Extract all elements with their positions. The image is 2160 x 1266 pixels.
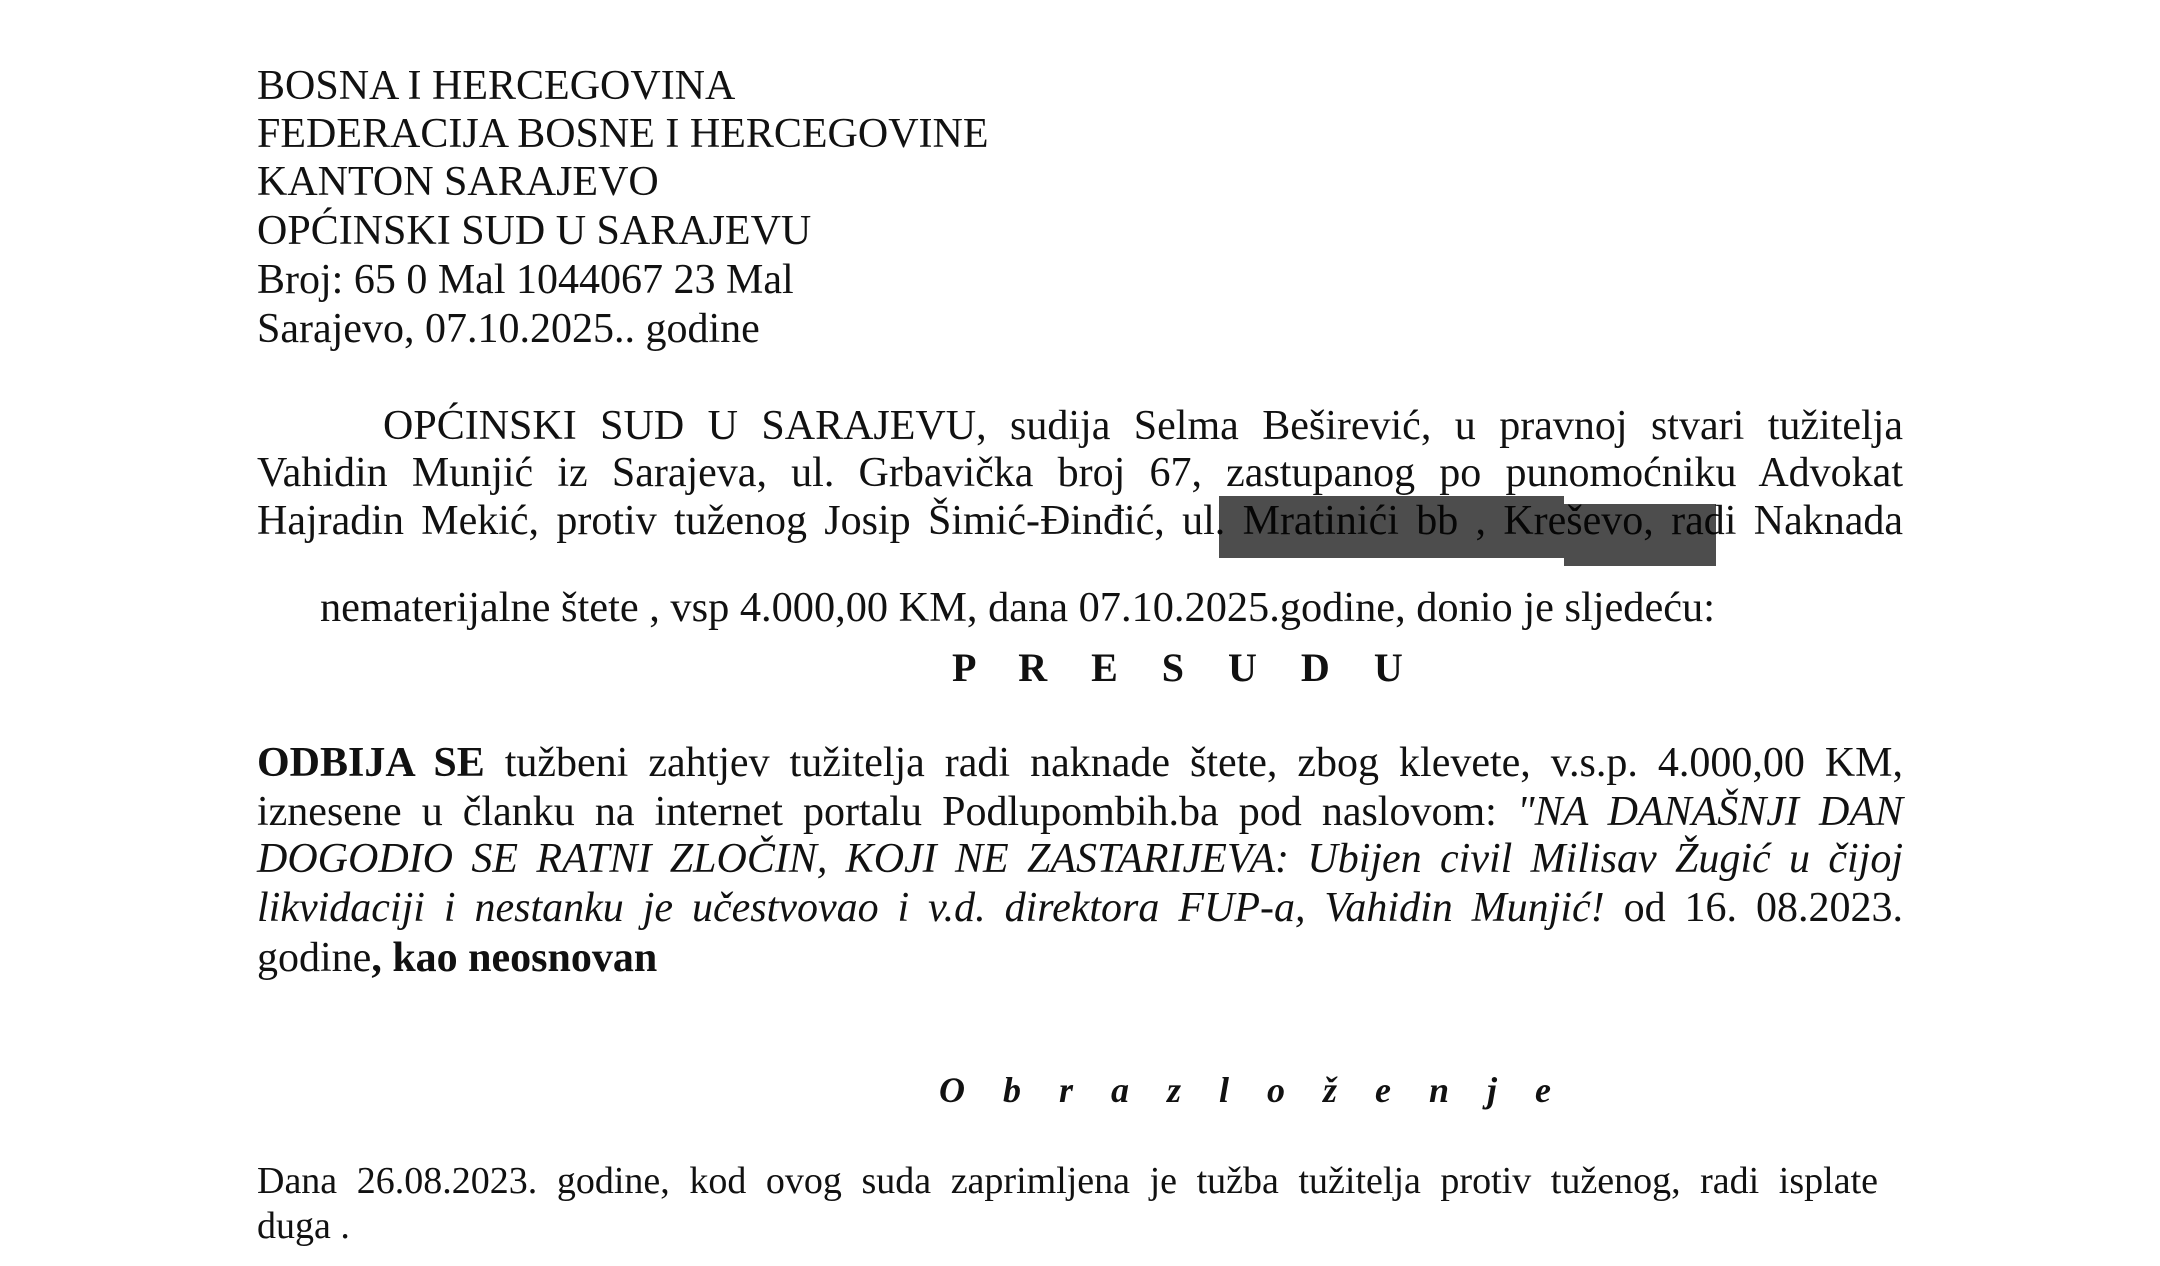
- intro-line-2: Vahidin Munjić iz Sarajeva, ul. Grbavičk…: [257, 452, 1903, 494]
- header-case-number: Broj: 65 0 Mal 1044067 23 Mal: [257, 259, 794, 301]
- redaction-box: [1219, 496, 1564, 558]
- article-date: od 16. 08.2023.: [1624, 885, 1903, 931]
- reasoning-line-1: Dana 26.08.2023. godine, kod ovog suda z…: [257, 1162, 1878, 1200]
- verdict-heading: P R E S U D U: [952, 648, 1420, 688]
- header-canton: KANTON SARAJEVO: [257, 161, 659, 203]
- verdict-dismissed-label: ODBIJA SE: [257, 740, 485, 786]
- verdict-line-1-text: tužbeni zahtjev tužitelja radi naknade š…: [505, 740, 1903, 786]
- header-court: OPĆINSKI SUD U SARAJEVU: [257, 210, 811, 252]
- intro-line-4-text: nematerijalne štete , vsp 4.000,00 KM, d…: [320, 587, 1715, 629]
- verdict-line-5-text: godine: [257, 935, 371, 981]
- article-title-start: "NA DANAŠNJI DAN: [1517, 789, 1903, 835]
- header-country: BOSNA I HERCEGOVINA: [257, 65, 735, 107]
- article-title-end: likvidaciji i nestanku je učestvovao i v…: [257, 885, 1605, 931]
- verdict-unfounded: , kao neosnovan: [371, 935, 657, 981]
- intro-line-1: OPĆINSKI SUD U SARAJEVU, sudija Selma Be…: [383, 405, 1903, 447]
- reasoning-heading: O b r a z l o ž e n j e: [939, 1072, 1566, 1108]
- article-title-line-2: DOGODIO SE RATNI ZLOČIN, KOJI NE ZASTARI…: [257, 838, 1903, 880]
- verdict-line-2-text: iznesene u članku na internet portalu Po…: [257, 789, 1497, 835]
- reasoning-line-2: duga .: [257, 1207, 350, 1245]
- header-federation: FEDERACIJA BOSNE I HERCEGOVINE: [257, 113, 989, 155]
- verdict-line-2: iznesene u članku na internet portalu Po…: [257, 791, 1903, 833]
- verdict-line-1: ODBIJA SE tužbeni zahtjev tužitelja radi…: [257, 742, 1903, 784]
- verdict-line-5: godine, kao neosnovan: [257, 937, 657, 979]
- verdict-line-4: likvidaciji i nestanku je učestvovao i v…: [257, 887, 1903, 929]
- court-document-page: BOSNA I HERCEGOVINA FEDERACIJA BOSNE I H…: [0, 0, 2160, 1266]
- header-place-date: Sarajevo, 07.10.2025.. godine: [257, 308, 760, 350]
- redaction-box: [1564, 504, 1716, 566]
